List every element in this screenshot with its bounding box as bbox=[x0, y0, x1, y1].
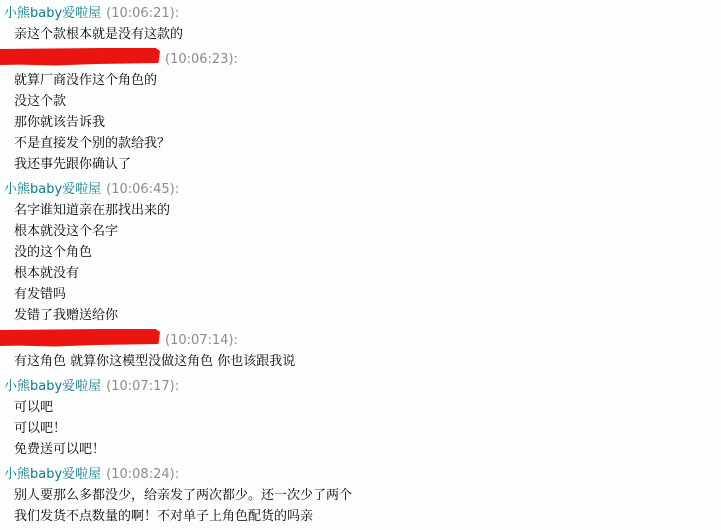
chat-message: 就算厂商没作这个角色的 bbox=[0, 70, 721, 91]
message-timestamp: (10:06:45): bbox=[106, 182, 179, 197]
chat-message: 发错了我赠送给你 bbox=[0, 305, 721, 326]
message-header: 小熊baby爱啦屋(10:07:17): bbox=[0, 376, 721, 397]
message-timestamp: (10:06:21): bbox=[106, 6, 179, 21]
chat-message-group: (10:07:14): 有这角色 就算你这模型没做这角色 你也该跟我说 bbox=[0, 330, 721, 372]
message-timestamp: (10:06:23): bbox=[165, 52, 238, 67]
message-list: 亲这个款根本就是没有这款的 bbox=[0, 24, 721, 45]
message-header: 小熊baby爱啦屋(10:06:21): bbox=[0, 3, 721, 24]
chat-log[interactable]: 小熊baby爱啦屋(10:06:21): 亲这个款根本就是没有这款的 (10:0… bbox=[0, 0, 721, 530]
chat-message: 那你就该告诉我 bbox=[0, 112, 721, 133]
chat-message: 别人要那么多都没少，给亲发了两次都少。还一次少了两个 bbox=[0, 485, 721, 506]
chat-message-group: (10:06:23): 就算厂商没作这个角色的没这个款那你就该告诉我不是直接发个… bbox=[0, 49, 721, 175]
message-timestamp: (10:07:17): bbox=[106, 379, 179, 394]
chat-message-group: 小熊baby爱啦屋(10:07:17): 可以吧可以吧！免费送可以吧！ bbox=[0, 376, 721, 460]
redaction-scribble-icon bbox=[0, 48, 160, 66]
message-list: 可以吧可以吧！免费送可以吧！ bbox=[0, 397, 721, 460]
message-timestamp: (10:07:14): bbox=[165, 333, 238, 348]
chat-message: 我们发货不点数量的啊！不对单子上角色配货的吗亲 bbox=[0, 506, 721, 527]
message-header: (10:06:23): bbox=[0, 49, 721, 70]
chat-message: 有发错吗 bbox=[0, 284, 721, 305]
sender-name[interactable]: 小熊baby爱啦屋 bbox=[4, 6, 101, 21]
chat-message: 根本就没这个名字 bbox=[0, 221, 721, 242]
chat-message: 名字谁知道亲在那找出来的 bbox=[0, 200, 721, 221]
chat-message-group: 小熊baby爱啦屋(10:08:24): 别人要那么多都没少，给亲发了两次都少。… bbox=[0, 464, 721, 527]
message-header: 小熊baby爱啦屋(10:08:24): bbox=[0, 464, 721, 485]
message-header: 小熊baby爱啦屋(10:06:45): bbox=[0, 179, 721, 200]
message-timestamp: (10:08:24): bbox=[106, 467, 179, 482]
chat-message: 免费送可以吧！ bbox=[0, 439, 721, 460]
sender-name[interactable]: 小熊baby爱啦屋 bbox=[4, 182, 101, 197]
message-list: 别人要那么多都没少，给亲发了两次都少。还一次少了两个我们发货不点数量的啊！不对单… bbox=[0, 485, 721, 527]
chat-message-group: 小熊baby爱啦屋(10:06:45): 名字谁知道亲在那找出来的根本就没这个名… bbox=[0, 179, 721, 326]
chat-message: 没的这个角色 bbox=[0, 242, 721, 263]
message-header: (10:07:14): bbox=[0, 330, 721, 351]
redaction-scribble-icon bbox=[0, 329, 160, 347]
sender-name[interactable]: 小熊baby爱啦屋 bbox=[4, 379, 101, 394]
chat-message: 根本就没有 bbox=[0, 263, 721, 284]
chat-message: 我还事先跟你确认了 bbox=[0, 154, 721, 175]
message-list: 有这角色 就算你这模型没做这角色 你也该跟我说 bbox=[0, 351, 721, 372]
chat-message-group: 小熊baby爱啦屋(10:06:21): 亲这个款根本就是没有这款的 bbox=[0, 3, 721, 45]
chat-message: 亲这个款根本就是没有这款的 bbox=[0, 24, 721, 45]
chat-message: 可以吧 bbox=[0, 397, 721, 418]
chat-message: 可以吧！ bbox=[0, 418, 721, 439]
sender-name[interactable]: 小熊baby爱啦屋 bbox=[4, 467, 101, 482]
message-list: 名字谁知道亲在那找出来的根本就没这个名字没的这个角色根本就没有有发错吗发错了我赠… bbox=[0, 200, 721, 326]
chat-message: 有这角色 就算你这模型没做这角色 你也该跟我说 bbox=[0, 351, 721, 372]
message-list: 就算厂商没作这个角色的没这个款那你就该告诉我不是直接发个别的款给我？我还事先跟你… bbox=[0, 70, 721, 175]
chat-message: 没这个款 bbox=[0, 91, 721, 112]
chat-message: 不是直接发个别的款给我？ bbox=[0, 133, 721, 154]
